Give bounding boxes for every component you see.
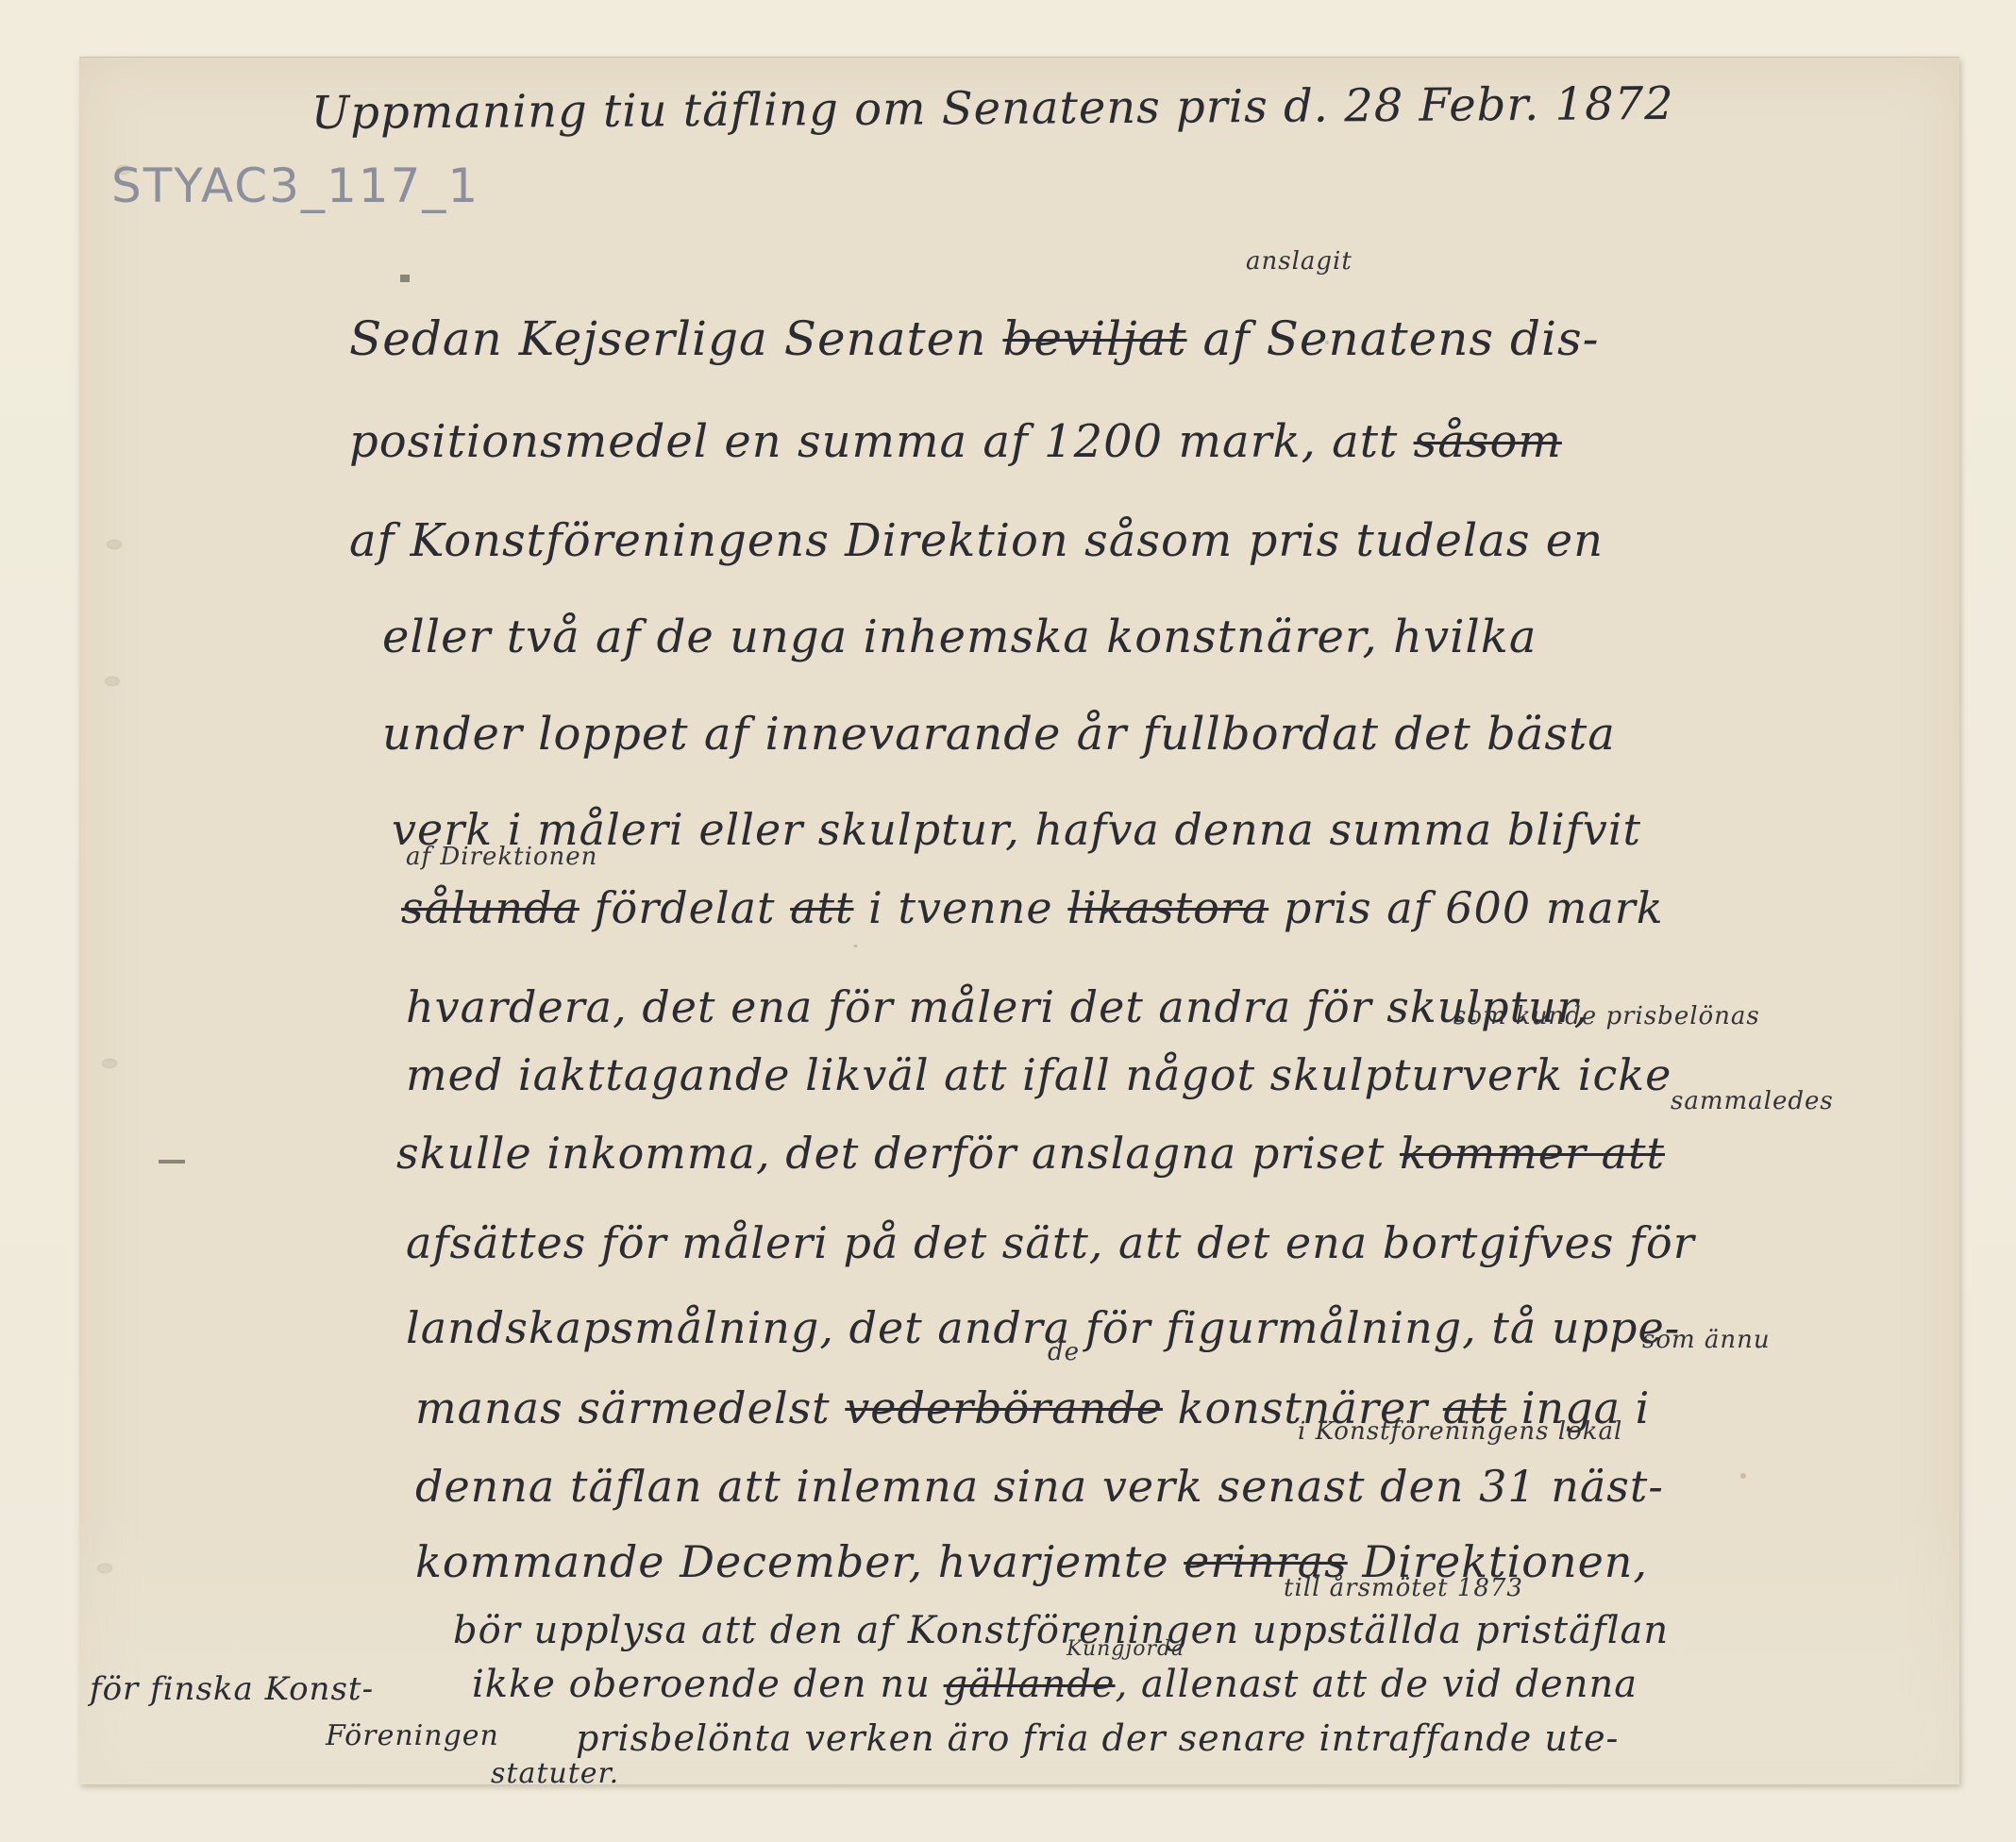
struck-word: likastora <box>1067 882 1268 933</box>
text-segment: Sedan Kejserliga Senaten <box>349 311 1002 366</box>
text-line-17: ikke oberoende den nu gällande, allenast… <box>472 1663 1638 1706</box>
insert-som-kunde-prisbelonas: som kunde prisbelönas <box>1453 1002 1760 1030</box>
insert-af-direktionen: af Direktionen <box>406 843 597 871</box>
text-segment: i tvenne <box>854 882 1068 933</box>
pencil-mark <box>400 275 410 282</box>
paper-hole <box>98 1565 111 1572</box>
paper-hole <box>108 541 121 548</box>
paper-speck <box>853 945 858 947</box>
text-line-2: positionsmedel en summa af 1200 mark, at… <box>349 415 1562 468</box>
text-line-18: prisbelönta verken äro fria der senare i… <box>576 1717 1619 1759</box>
paper-speck <box>1740 1473 1746 1479</box>
text-line-8: hvardera, det ena för måleri det andra f… <box>406 981 1588 1032</box>
struck-word: att <box>790 882 853 933</box>
struck-word: såsom <box>1414 415 1562 468</box>
struck-word: sålunda <box>401 882 580 933</box>
paper-hole <box>106 678 119 685</box>
text-line-7: sålunda fördelat att i tvenne likastora … <box>401 882 1664 933</box>
text-segment: positionsmedel en summa af 1200 mark, at… <box>349 415 1414 468</box>
text-line-14: denna täflan att inlemna sina verk senas… <box>415 1461 1664 1512</box>
pencil-mark <box>159 1160 185 1164</box>
text-line-11: afsättes för måleri på det sätt, att det… <box>406 1217 1695 1268</box>
text-segment: fördelat <box>580 882 790 933</box>
text-line-9: med iakttagande likväl att ifall något s… <box>406 1049 1672 1100</box>
insert-i-konstforeningens-lokal: i Konstföreningens lokal <box>1298 1417 1622 1446</box>
insert-de: de <box>1048 1338 1080 1366</box>
struck-word: kommer att <box>1400 1128 1665 1179</box>
insert-kungjorda: Kungjorda <box>1067 1637 1184 1661</box>
text-segment: manas särmedelst <box>415 1382 845 1433</box>
insert-anslagit: anslagit <box>1246 247 1352 276</box>
insert-sammaledes: sammaledes <box>1671 1087 1834 1115</box>
paper-hole <box>103 1060 116 1067</box>
struck-word: vederbörande <box>845 1382 1163 1433</box>
text-segment: pris af 600 mark <box>1268 882 1663 933</box>
text-segment: kommande December, hvarjemte <box>415 1536 1184 1587</box>
text-line-1: Sedan Kejserliga Senaten beviljat af Sen… <box>349 311 1600 366</box>
text-line-12: landskapsmålning, det andra för figurmål… <box>406 1302 1680 1353</box>
text-segment: ikke oberoende den nu <box>472 1663 944 1706</box>
text-line-3: af Konstföreningens Direktion såsom pris… <box>349 514 1604 567</box>
archive-label: STYAC3_117_1 <box>111 159 479 213</box>
text-line-5: under loppet af innevarande år fullborda… <box>382 708 1616 761</box>
margin-note-line-1: för finska Konst- <box>90 1670 374 1708</box>
text-line-10: skulle inkomma, det derför anslagna pris… <box>396 1128 1665 1179</box>
struck-word: gällande <box>944 1663 1116 1706</box>
page-heading: Uppmaning tiu täfling om Senatens pris d… <box>311 77 1674 140</box>
insert-som-annu: som ännu <box>1642 1326 1771 1354</box>
margin-note-line-2: Föreningen <box>326 1719 499 1752</box>
margin-note-line-3: statuter. <box>491 1757 619 1790</box>
insert-till-arsmotet: till årsmötet 1873 <box>1284 1574 1523 1602</box>
text-segment: af Senatens dis- <box>1187 311 1600 366</box>
text-line-16: bör upplysa att den af Konstföreningen u… <box>453 1609 1669 1652</box>
text-segment: , allenast att de vid denna <box>1116 1663 1638 1706</box>
text-segment: skulle inkomma, det derför anslagna pris… <box>396 1128 1400 1179</box>
struck-word: beviljat <box>1002 311 1186 366</box>
text-line-4: eller två af de unga inhemska konstnärer… <box>382 611 1537 663</box>
